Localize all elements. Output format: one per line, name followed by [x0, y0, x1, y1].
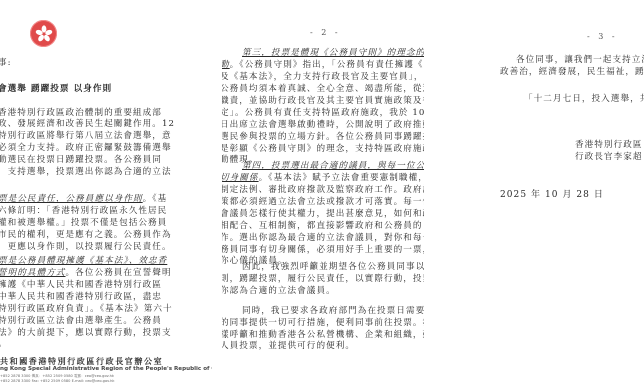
sec3-line: 公務員均須本着真誠、全心全意、竭盡所能，從速履行 — [222, 84, 424, 95]
sec3-line: 定」。公務員有責任支持特區政府施政，我於 10 月 23 — [222, 108, 424, 119]
para1-line: 政、發展經濟和改善民生起關鍵作用。12 — [0, 119, 175, 130]
para1-line: 特別行政區將舉行第八屆立法會選舉，意 — [0, 131, 172, 142]
letter-title: 會選舉 踴躍投票 以身作則 — [0, 84, 112, 95]
para3-heading-end: 誓明的具體方式 — [0, 268, 66, 278]
sec3-heading-end: 動 — [222, 60, 230, 70]
para2-line: 權和被選舉權。」投票不僅是包括公務員 — [0, 218, 167, 229]
hksar-emblem-icon — [30, 20, 57, 47]
therefore-line: 則，踴躍投票，履行公民責任，以實際行動，投票選出 — [222, 274, 424, 285]
para1-line: 香港特別行政區政治體制的重要組成部 — [0, 108, 162, 119]
sec4-line: 策都必須經過立法會立法或撥款才可落實。每一位立法 — [222, 197, 424, 208]
sec3-heading: 第三，投票是體現《公務員守則》的理念的實際行 — [242, 48, 424, 59]
sec4-heading-end: 切身關係 — [222, 173, 259, 183]
para2-heading: 票是公民責任，公務員應以身作則 — [0, 194, 143, 204]
office-name-en: ng Kong Special Administrative Region of… — [0, 366, 212, 372]
para2-line: ，更應以身作則，以投票履行公民責任。 — [0, 242, 172, 253]
letter-date: 2025 年 10 月 28 日 — [500, 190, 604, 201]
slogan: 「十二月七日，投入選舉，共創 — [524, 94, 644, 105]
para3-heading: 票是公務員體現擁護《基本法》、效忠香 — [0, 256, 167, 267]
para3-line: 特別行政區政府負責」。《基本法》第六十 — [0, 304, 173, 315]
letter-page-3: - 3 - 各位同事，讓我們一起支持立法會選 政善治，經濟發展，民生福祉，踴躍投… — [432, 0, 644, 392]
sec4-heading: 第四，投票選出最合適的議員，與每一位公務員有 — [242, 161, 424, 172]
para3-line: 中華人民共和國香港特別行政區，盡忠 — [0, 292, 162, 303]
sec3-line: 日出席立法會選舉啟動禮時，公開說明了政府推動所有 — [222, 120, 424, 131]
para2-heading-line: 票是公民責任，公務員應以身作則。《基 — [0, 194, 167, 205]
para3-line-rest: 。各位公務員在宣誓聲明 — [66, 268, 172, 278]
therefore-line: 你認為合適的立法會議員。 — [222, 286, 336, 297]
meanwhile-line: 人員投票，並提供可行的便利。 — [222, 341, 355, 352]
sec4-line-rest: 。《基本法》賦予立法會重要憲制職權，包括 — [259, 173, 424, 183]
sec3-line: 選民參與投票的立場方針。各位公務員同事踴躍投票， — [222, 132, 424, 143]
sec3-line: 動。《公務員守則》指出，「公務員有責任擁護《憲法》 — [222, 60, 424, 71]
para3-line: 法》的大前提下，應以實際行動，投票支 — [0, 328, 172, 339]
meanwhile-line: 樣呼籲和推動香港各公私營機構、企業和組織，鼓勵其 — [222, 330, 424, 341]
signature-line: 行政長官李家超 — [575, 152, 643, 163]
page-number: - 3 - — [587, 32, 618, 41]
para3-heading-line2: 誓明的具體方式。各位公務員在宣誓聲明 — [0, 268, 172, 279]
sec4-line: 制定法例、審批政府撥款及監察政府工作。政府許多政 — [222, 185, 424, 196]
para2-lead: 。《基 — [143, 194, 168, 204]
sec4-line: 相配合、互相制衡，都直接影響政府和公務員的日常工 — [222, 221, 424, 232]
sec3-line-rest: 。《公務員守則》指出，「公務員有責任擁護《憲法》 — [230, 60, 424, 70]
para1-line: 必須全力支持。政府正密鑼緊鼓籌備選舉 — [0, 143, 172, 154]
para3-line: 。 — [0, 339, 8, 350]
sec4-line: 會議員怎樣行使其權力，提出甚麼意見，如何和政府互 — [222, 209, 424, 220]
letter-page-1: 事: 會選舉 踴躍投票 以身作則 香港特別行政區政治體制的重要組成部 政、發展經… — [0, 0, 212, 392]
para3-line: 擁護《中華人民共和國香港特別行政區 — [0, 280, 162, 291]
sec4-line: 作。選出你認為最合適的立法會議員，對你和每一位公 — [222, 233, 424, 244]
para2-line: 市民的權利，更是應有之義。公務員作為 — [0, 230, 172, 241]
para2-line: 六條訂明：「香港特別行政區永久性居民 — [0, 206, 167, 217]
contact-line-en: +852 2878 3300 Fax: +852 2509 0580 E-mai… — [0, 379, 115, 383]
closing-line: 各位同事，讓我們一起支持立法會選 — [516, 55, 644, 66]
sec3-line: 職責，並協助行政長官及其主要官員實施政策及行政決 — [222, 96, 424, 107]
sec3-line: 及《基本法》，全力支持行政長官及主要官員」，「所有 — [222, 72, 424, 83]
para1-line: 動選民在投票日踴躍投票。各公務員同 — [0, 155, 162, 166]
sec4-line: 切身關係。《基本法》賦予立法會重要憲制職權，包括 — [222, 173, 424, 184]
meanwhile-line: 同時，我已要求各政府部門為在投票日需要當值 — [242, 306, 424, 317]
para1-line: ，支持選舉，投票選出你認為合適的立法 — [0, 167, 172, 178]
salutation: 事: — [0, 58, 12, 69]
sec3-line: 是彰顯《公務員守則》的理念，支持特區政府施政的行 — [222, 144, 424, 155]
letter-page-2: - 2 - 第三，投票是體現《公務員守則》的理念的實際行 動。《公務員守則》指出… — [222, 0, 424, 392]
closing-line: 政善治，經濟發展，民生福祉，踴躍投 — [500, 67, 644, 78]
sec4-line: 務員同事有切身關係，必須用好手上重要的一票，選出 — [222, 245, 424, 256]
therefore-line: 因此，我強烈呼籲並期望各位公務員同事以身作 — [242, 262, 424, 273]
meanwhile-line: 的同事提供一切可行措施，便利同事前往投票。我亦同 — [222, 318, 424, 329]
para3-line: 特別行政區立法會由選舉產生。公務員 — [0, 316, 162, 327]
page-number: - 2 - — [310, 28, 341, 37]
signature-line: 香港特別行政區 — [575, 140, 643, 151]
